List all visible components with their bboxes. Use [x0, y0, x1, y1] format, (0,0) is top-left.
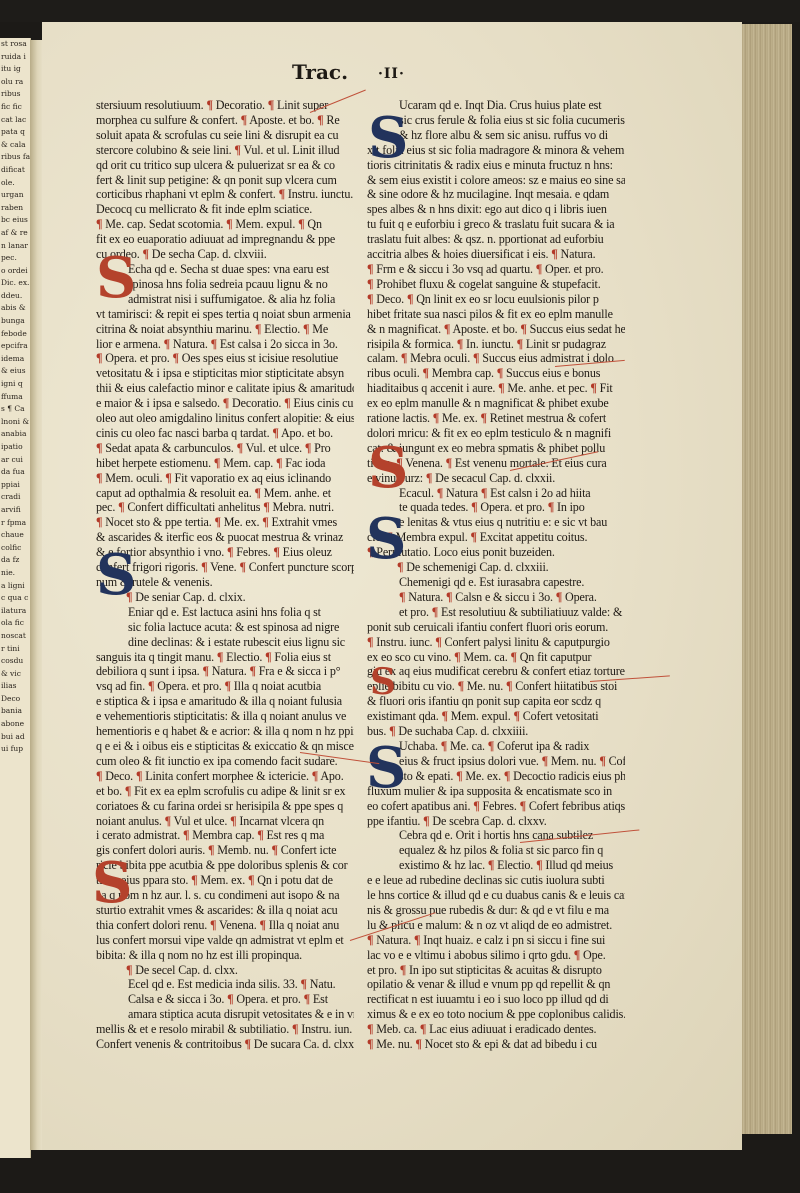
pilcrow-rubric: ¶	[446, 590, 452, 604]
text-line: hementioris e q habet & e acrior: & illa…	[96, 724, 354, 739]
initial-letter: S	[92, 855, 132, 911]
pilcrow-rubric: ¶	[488, 739, 494, 753]
text-line: ponit sub ceruicali ifantiu confert fluo…	[367, 620, 625, 635]
pilcrow-rubric: ¶	[262, 515, 268, 529]
initial-letter: S	[96, 547, 136, 603]
text-line: accitria albes & hoies diuersificat i ei…	[367, 247, 625, 262]
pilcrow-rubric: ¶	[191, 873, 197, 887]
text-line: caput ad opthalmia & resoluit ea. ¶ Mem.…	[96, 486, 354, 501]
text-line: ¶ Me. cap. Sedat scotomia. ¶ Mem. expul.…	[96, 217, 354, 232]
pilcrow-rubric: ¶	[510, 650, 516, 664]
text-line: & sine odore & hz mucilagine. Inqt mesai…	[367, 187, 625, 202]
pilcrow-rubric: ¶	[279, 187, 285, 201]
initial-letter: S	[368, 110, 408, 166]
text-line: & fluori oris ifantiu qn ponit sup capit…	[367, 694, 625, 709]
text-line: qd orit cu tritico sup ulcera & pulueriz…	[96, 158, 354, 173]
pilcrow-rubric: ¶	[520, 322, 526, 336]
pilcrow-rubric: ¶	[454, 650, 460, 664]
pilcrow-rubric: ¶	[183, 828, 189, 842]
text-line: existimo & hz lac. ¶ Electio. ¶ Illud qd…	[367, 858, 625, 873]
pilcrow-rubric: ¶	[303, 322, 309, 336]
facing-page-text-fragment: ribus	[0, 88, 30, 101]
text-line: ¶ Instru. iunc. ¶ Confert palysi linitu …	[367, 635, 625, 650]
text-line: ea q nom n hz aur. l. s. cu condimeni au…	[96, 888, 354, 903]
text-line: eplie bibitu cu vio. ¶ Me. nu. ¶ Confert…	[367, 679, 625, 694]
pilcrow-rubric: ¶	[480, 411, 486, 425]
pilcrow-rubric: ¶	[457, 337, 463, 351]
pilcrow-rubric: ¶	[470, 530, 476, 544]
facing-page-text-fragment: cat lac	[0, 114, 30, 127]
pilcrow-rubric: ¶	[481, 486, 487, 500]
pilcrow-rubric: ¶	[96, 515, 102, 529]
text-line: ¶ Mem. oculi. ¶ Fit vaporatio ex aq eius…	[96, 471, 354, 486]
pilcrow-rubric: ¶	[217, 650, 223, 664]
facing-page-text-fragment: noscat	[0, 630, 30, 643]
facing-page-text-fragment: ole.	[0, 177, 30, 190]
pilcrow-rubric: ¶	[367, 635, 373, 649]
facing-page-edge: st rosaruida iitu igolu raribusfic ficca…	[0, 38, 31, 1158]
pilcrow-rubric: ¶	[254, 486, 260, 500]
facing-page-text-fragment: da fua	[0, 466, 30, 479]
pilcrow-rubric: ¶	[574, 948, 580, 962]
pilcrow-rubric: ¶	[426, 471, 432, 485]
facing-page-text-fragment: urgan	[0, 189, 30, 202]
facing-page-text-fragment: n lanar	[0, 240, 30, 253]
initial-letter: S	[368, 440, 408, 496]
pilcrow-rubric: ¶	[548, 500, 554, 514]
pilcrow-rubric: ¶	[201, 560, 207, 574]
text-line: citrina & noiat absynthiu marinu. ¶ Elec…	[96, 322, 354, 337]
text-line: existimant qda. ¶ Mem. expul. ¶ Cofert v…	[367, 709, 625, 724]
facing-page-text-fragment: abone	[0, 718, 30, 731]
text-line: pec. ¶ Confert difficultati anhelitus ¶ …	[96, 500, 354, 515]
text-line: q e ei & i oibus eis e stipticitas & exi…	[96, 739, 354, 754]
text-line: e maior & i ipsa e salsedo. ¶ Decoratio.…	[96, 396, 354, 411]
text-line: ex eo sco cu vino. ¶ Mem. ca. ¶ Qn fit c…	[367, 650, 625, 665]
pilcrow-rubric: ¶	[473, 799, 479, 813]
pilcrow-rubric: ¶	[488, 858, 494, 872]
facing-page-text-fragment: st rosa	[0, 38, 30, 51]
pilcrow-rubric: ¶	[241, 113, 247, 127]
text-line: et pro. ¶ Est resolutiuu & subtiliatiuuz…	[367, 605, 625, 620]
text-line: soluit apata & scrofulas cu seie lini & …	[96, 128, 354, 143]
text-line: e e leue ad rubedine declinas sic cutis …	[367, 873, 625, 888]
facing-page-text-fragment: a ligni	[0, 580, 30, 593]
text-line: & n magnificat. ¶ Aposte. et bo. ¶ Succu…	[367, 322, 625, 337]
text-line: ribus oculi. ¶ Membra cap. ¶ Succus eius…	[367, 366, 625, 381]
facing-page-text-fragment: fic fic	[0, 101, 30, 114]
facing-page-text-fragment: igni q	[0, 378, 30, 391]
facing-page-text-fragment: r tini	[0, 643, 30, 656]
text-line: opilatio & venar & illud e vnum pp qd re…	[367, 977, 625, 992]
pilcrow-rubric: ¶	[259, 918, 265, 932]
text-line: ¶ Sedat apata & carbunculos. ¶ Vul. et u…	[96, 441, 354, 456]
pilcrow-rubric: ¶	[276, 456, 282, 470]
pilcrow-rubric: ¶	[96, 769, 102, 783]
pilcrow-rubric: ¶	[227, 992, 233, 1006]
text-line: lac vo e e vltimu i abobus silimo i qrto…	[367, 948, 625, 963]
facing-page-text-fragment: ar cui	[0, 454, 30, 467]
pilcrow-rubric: ¶	[304, 992, 310, 1006]
initial-letter: S	[96, 250, 136, 306]
text-column-right: Ucaram qd e. Inqt Dia. Crus huius plate …	[367, 98, 625, 1052]
running-head-left: Trac.	[292, 60, 348, 84]
pilcrow-rubric: ¶	[173, 351, 179, 365]
text-line: morphea cu sulfure & confert. ¶ Aposte. …	[96, 113, 354, 128]
pilcrow-rubric: ¶	[239, 560, 245, 574]
pilcrow-rubric: ¶	[446, 456, 452, 470]
pilcrow-rubric: ¶	[208, 843, 214, 857]
pilcrow-rubric: ¶	[442, 709, 448, 723]
pilcrow-rubric: ¶	[230, 814, 236, 828]
facing-page-text-fragment: bc eius	[0, 214, 30, 227]
facing-page-text-fragment: ui fup	[0, 743, 30, 756]
text-line: & sem eius existit i colore ameos: sz e …	[367, 173, 625, 188]
text-line: ¶ Prohibet fluxu & cogelat sanguine & st…	[367, 277, 625, 292]
initial-letter: S	[366, 740, 406, 796]
pilcrow-rubric: ¶	[441, 739, 447, 753]
pilcrow-rubric: ¶	[143, 247, 149, 261]
facing-page-text-fragment: febode	[0, 328, 30, 341]
pilcrow-rubric: ¶	[520, 799, 526, 813]
facing-page-text-fragment: s ¶ Ca	[0, 403, 30, 416]
pilcrow-rubric: ¶	[165, 814, 171, 828]
text-line: ¶ Natura. ¶ Inqt huaiz. e calz i pn si s…	[367, 933, 625, 948]
page-fore-edge	[742, 24, 792, 1134]
text-line: vetositatu & i ipsa e stipticitas mior s…	[96, 366, 354, 381]
pilcrow-rubric: ¶	[211, 337, 217, 351]
pilcrow-rubric: ¶	[249, 664, 255, 678]
text-line: mellis & et e resolo mirabil & subtiliat…	[96, 1022, 354, 1037]
pilcrow-rubric: ¶	[210, 918, 216, 932]
text-line: ¶ Natura. ¶ Calsn e & siccu i 3o. ¶ Oper…	[367, 590, 625, 605]
pilcrow-rubric: ¶	[125, 784, 131, 798]
text-line: oleo aut oleo amigdalino linitus confert…	[96, 411, 354, 426]
pilcrow-rubric: ¶	[401, 351, 407, 365]
text-line: ¶ Deco. ¶ Qn linit ex eo sr locu euulsio…	[367, 292, 625, 307]
facing-page-text-fragment: colfic	[0, 542, 30, 555]
scan-background-top	[0, 0, 800, 22]
text-line: ¶ Meb. ca. ¶ Lac eius adiuuat i eradicad…	[367, 1022, 625, 1037]
text-line: ex eo eplm manulle & n magnificat & phib…	[367, 396, 625, 411]
text-line: ricie bibita ppe acutbia & ppe doloribus…	[96, 858, 354, 873]
facing-page-text-fragment: dificat	[0, 164, 30, 177]
pilcrow-rubric: ¶	[96, 441, 102, 455]
pilcrow-rubric: ¶	[414, 933, 420, 947]
text-line: fert & linit sup petigine: & qn ponit su…	[96, 173, 354, 188]
facing-page-text-fragment: r fpma	[0, 517, 30, 530]
text-line: ¶ Nocet sto & ppe tertia. ¶ Me. ex. ¶ Ex…	[96, 515, 354, 530]
pilcrow-rubric: ¶	[292, 1022, 298, 1036]
text-line: ppe ifantiu. ¶ De scebra Cap. d. clxxv.	[367, 814, 625, 829]
facing-page-text-fragment: & cala	[0, 139, 30, 152]
pilcrow-rubric: ¶	[367, 262, 373, 276]
facing-page-text-fragment: ipatio	[0, 441, 30, 454]
text-line: ratione lactis. ¶ Me. ex. ¶ Retinet mest…	[367, 411, 625, 426]
pilcrow-rubric: ¶	[590, 381, 596, 395]
facing-page-text-fragment: c qua c	[0, 592, 30, 605]
pilcrow-rubric: ¶	[367, 1022, 373, 1036]
facing-page-text-fragment: arvifi	[0, 504, 30, 517]
facing-page-text-fragment: Deco	[0, 693, 30, 706]
text-line: Calsa e & sicca i 3o. ¶ Opera. et pro. ¶…	[96, 992, 354, 1007]
pilcrow-rubric: ¶	[517, 337, 523, 351]
text-line: Confert venenis & contritoibus ¶ De suca…	[96, 1037, 354, 1052]
text-line: cinis cu oleo fac nasci barba q tardat. …	[96, 426, 354, 441]
pilcrow-rubric: ¶	[223, 396, 229, 410]
pilcrow-rubric: ¶	[136, 769, 142, 783]
running-head-folio: ·II·	[378, 66, 405, 82]
pilcrow-rubric: ¶	[126, 963, 132, 977]
pilcrow-rubric: ¶	[263, 500, 269, 514]
text-line: risipila & formica. ¶ In. iunctu. ¶ Lini…	[367, 337, 625, 352]
pilcrow-rubric: ¶	[148, 679, 154, 693]
facing-page-text-fragment: abis &	[0, 302, 30, 315]
pilcrow-rubric: ¶	[536, 262, 542, 276]
pilcrow-rubric: ¶	[400, 963, 406, 977]
facing-page-text-fragment: olu ra	[0, 76, 30, 89]
facing-page-text-fragment: Dic. ex.	[0, 277, 30, 290]
pilcrow-rubric: ¶	[456, 769, 462, 783]
pilcrow-rubric: ¶	[312, 769, 318, 783]
text-line: debiliora q sunt i ipsa. ¶ Natura. ¶ Fra…	[96, 664, 354, 679]
facing-page-text-fragment: idema	[0, 353, 30, 366]
pilcrow-rubric: ¶	[234, 143, 240, 157]
text-line: equalez & hz pilos & folia st sic parco …	[367, 843, 625, 858]
text-line: amara stiptica acuta disrupit vetositate…	[96, 1007, 354, 1022]
text-line: hibet herpete estiomenu. ¶ Mem. cap. ¶ F…	[96, 456, 354, 471]
pilcrow-rubric: ¶	[367, 292, 373, 306]
text-line: Chemenigi qd e. Est iurasabra capestre.	[367, 575, 625, 590]
pilcrow-rubric: ¶	[272, 426, 278, 440]
pilcrow-rubric: ¶	[118, 500, 124, 514]
facing-page-text-fragment: af & re	[0, 227, 30, 240]
pilcrow-rubric: ¶	[504, 769, 510, 783]
text-line: ¶ Frm e & siccu i 3o vsq ad quartu. ¶ Op…	[367, 262, 625, 277]
text-line: lu & plicu e malum: & n oz vt aliqd de e…	[367, 918, 625, 933]
initial-letter: S	[370, 654, 396, 710]
facing-page-text-fragment: chaue	[0, 529, 30, 542]
text-line: cum oleo & fit iunctio ex ipa comendo fa…	[96, 754, 354, 769]
pilcrow-rubric: ¶	[227, 545, 233, 559]
pilcrow-rubric: ¶	[506, 679, 512, 693]
pilcrow-rubric: ¶	[298, 217, 304, 231]
pilcrow-rubric: ¶	[245, 1037, 251, 1051]
text-line: hibet fritate sua nasci pilos & fit ex e…	[367, 307, 625, 322]
text-line: lus confert morsui vipe valde qn admistr…	[96, 933, 354, 948]
facing-page-text-fragment: raben	[0, 202, 30, 215]
text-line: dine declinas: & i estate rubescit eius …	[96, 635, 354, 650]
pilcrow-rubric: ¶	[96, 351, 102, 365]
pilcrow-rubric: ¶	[420, 1022, 426, 1036]
pilcrow-rubric: ¶	[498, 381, 504, 395]
pilcrow-rubric: ¶	[551, 247, 557, 261]
text-line: giu ex aq eius mudificat cerebru & confe…	[367, 664, 625, 679]
facing-page-text-fragment: nie.	[0, 567, 30, 580]
text-line: Decocq cu mellicrato & fit inde eplm sci…	[96, 202, 354, 217]
pilcrow-rubric: ¶	[226, 217, 232, 231]
text-line: spes albes & n hns dixit: ego aut dico q…	[367, 202, 625, 217]
pilcrow-rubric: ¶	[556, 590, 562, 604]
pilcrow-rubric: ¶	[273, 545, 279, 559]
pilcrow-rubric: ¶	[399, 590, 405, 604]
facing-page-text-fragment: bui ad	[0, 731, 30, 744]
facing-page-text-fragment: lnoni &	[0, 416, 30, 429]
pilcrow-rubric: ¶	[305, 441, 311, 455]
pilcrow-rubric: ¶	[432, 605, 438, 619]
pilcrow-rubric: ¶	[473, 351, 479, 365]
text-line: lior e armena. ¶ Natura. ¶ Est calsa i 2…	[96, 337, 354, 352]
pilcrow-rubric: ¶	[284, 396, 290, 410]
text-line: e stiptica & i ipsa e amaritudo & illa q…	[96, 694, 354, 709]
pilcrow-rubric: ¶	[96, 471, 102, 485]
facing-page-text-fragment: bania	[0, 705, 30, 718]
facing-page-text-fragment: ribus fac	[0, 151, 30, 164]
facing-page-text-fragment: ppiai	[0, 479, 30, 492]
pilcrow-rubric: ¶	[96, 217, 102, 231]
text-line: gis confert dolori auris. ¶ Memb. nu. ¶ …	[96, 843, 354, 858]
text-line: et bo. ¶ Fit ex ea eplm scrofulis cu adi…	[96, 784, 354, 799]
pilcrow-rubric: ¶	[542, 754, 548, 768]
pilcrow-rubric: ¶	[367, 1037, 373, 1051]
pilcrow-rubric: ¶	[458, 679, 464, 693]
pilcrow-rubric: ¶	[202, 664, 208, 678]
text-line: ¶ Me. nu. ¶ Nocet sto & epi & dat ad bib…	[367, 1037, 625, 1052]
facing-page-text-fragment: ruida i	[0, 51, 30, 64]
pilcrow-rubric: ¶	[367, 277, 373, 291]
text-line: noiant anulus. ¶ Vul et ulce. ¶ Incarnat…	[96, 814, 354, 829]
pilcrow-rubric: ¶	[444, 322, 450, 336]
pilcrow-rubric: ¶	[437, 486, 443, 500]
text-line: thia confert dolori renu. ¶ Venena. ¶ Il…	[96, 918, 354, 933]
pilcrow-rubric: ¶	[268, 98, 274, 112]
pilcrow-rubric: ¶	[257, 828, 263, 842]
text-line: tu fuit q e euforbiu i greco & traslatu …	[367, 217, 625, 232]
facing-page-text-fragment: epcifra	[0, 340, 30, 353]
text-line: bibita: & illa q nom no hz est illi prop…	[96, 948, 354, 963]
pilcrow-rubric: ¶	[206, 98, 212, 112]
text-line: vsq ad fin. ¶ Opera. et pro. ¶ Illa q no…	[96, 679, 354, 694]
facing-page-text-fragment: ilatura	[0, 605, 30, 618]
pilcrow-rubric: ¶	[248, 873, 254, 887]
pilcrow-rubric: ¶	[513, 709, 519, 723]
text-line: traslatu fuit albes: & qsz. n. pportiona…	[367, 232, 625, 247]
pilcrow-rubric: ¶	[255, 322, 261, 336]
pilcrow-rubric: ¶	[471, 500, 477, 514]
pilcrow-rubric: ¶	[599, 754, 605, 768]
pilcrow-rubric: ¶	[164, 337, 170, 351]
pilcrow-rubric: ¶	[536, 858, 542, 872]
facing-page-text-fragment: anabia	[0, 428, 30, 441]
facing-page-text-fragment: cosdu	[0, 655, 30, 668]
pilcrow-rubric: ¶	[423, 814, 429, 828]
facing-page-text-fragment: da fz	[0, 554, 30, 567]
pilcrow-rubric: ¶	[407, 292, 413, 306]
text-line: e vehementioris stipticitatis: & illa q …	[96, 709, 354, 724]
book-gutter	[30, 40, 42, 1150]
facing-page-text-fragment: & vic	[0, 668, 30, 681]
text-line: ¶ De secel Cap. d. clxx.	[96, 963, 354, 978]
text-line: nis & grossu pue rubedis & dur: & qd e v…	[367, 903, 625, 918]
facing-page-text-fragment: itu ig	[0, 63, 30, 76]
text-line: ticee eius ppara sto. ¶ Mem. ex. ¶ Qn i …	[96, 873, 354, 888]
text-line: corticibus rhaphani vt eplm & confert. ¶…	[96, 187, 354, 202]
text-line: ¶ Deco. ¶ Linita confert morphee & icter…	[96, 769, 354, 784]
facing-page-text-fragment: o ordei	[0, 265, 30, 278]
pilcrow-rubric: ¶	[272, 843, 278, 857]
pilcrow-rubric: ¶	[435, 635, 441, 649]
pilcrow-rubric: ¶	[165, 471, 171, 485]
facing-page-text-fragment: ddeu.	[0, 290, 30, 303]
initial-letter: S	[366, 511, 406, 567]
pilcrow-rubric: ¶	[265, 650, 271, 664]
facing-page-text-fragment: bunga	[0, 315, 30, 328]
text-line: i cerato admistrat. ¶ Membra cap. ¶ Est …	[96, 828, 354, 843]
text-line: Ecel qd e. Est medicia inda silis. 33. ¶…	[96, 977, 354, 992]
facing-page-text-fragment: cradi	[0, 491, 30, 504]
text-line: sturtio extrahit vmes & ascarides: & ill…	[96, 903, 354, 918]
text-line: sanguis ita q tingit manu. ¶ Electio. ¶ …	[96, 650, 354, 665]
text-line: stercore colubino & seie lini. ¶ Vul. et…	[96, 143, 354, 158]
facing-page-text-fragment: pata q	[0, 126, 30, 139]
pilcrow-rubric: ¶	[423, 366, 429, 380]
pilcrow-rubric: ¶	[497, 366, 503, 380]
facing-page-text-fragment: ola fic	[0, 617, 30, 630]
text-line: hiaditaibus q accenit i aure. ¶ Me. anhe…	[367, 381, 625, 396]
text-line: le hns cortice & illud qd e cu duabus ca…	[367, 888, 625, 903]
text-line: sic folia lactuce acuta: & est spinosa a…	[96, 620, 354, 635]
pilcrow-rubric: ¶	[415, 1037, 421, 1051]
text-line: thii & eius calefactio minor e calitate …	[96, 381, 354, 396]
pilcrow-rubric: ¶	[301, 977, 307, 991]
text-line: et pro. ¶ In ipo sut stipticitas & acuit…	[367, 963, 625, 978]
facing-page-text-fragment: ffuma	[0, 391, 30, 404]
facing-page-text-fragment: & eius	[0, 365, 30, 378]
text-line: ximus & e ex eo toto nocium & ppe coplon…	[367, 1007, 625, 1022]
pilcrow-rubric: ¶	[224, 679, 230, 693]
text-line: rectificat n est iuuamtu i eo i suo loco…	[367, 992, 625, 1007]
pilcrow-rubric: ¶	[215, 515, 221, 529]
pilcrow-rubric: ¶	[214, 456, 220, 470]
text-line: coriatoes & cu farina ordei sr herisipil…	[96, 799, 354, 814]
text-line: ¶ Opera. et pro. ¶ Oes spes eius st icis…	[96, 351, 354, 366]
facing-page-text-fragment: ilias	[0, 680, 30, 693]
pilcrow-rubric: ¶	[433, 411, 439, 425]
pilcrow-rubric: ¶	[237, 441, 243, 455]
pilcrow-rubric: ¶	[317, 113, 323, 127]
facing-page-text-fragment: pec.	[0, 252, 30, 265]
